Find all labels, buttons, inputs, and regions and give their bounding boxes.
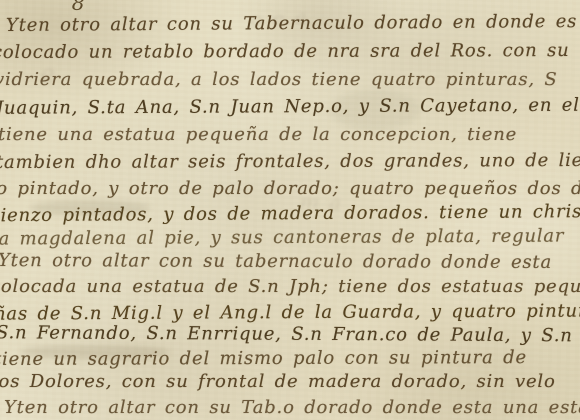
marginal-mark: 8 <box>71 0 85 15</box>
manuscript-line: Juaquin, S.ta Ana, S.n Juan Nep.o, y S.n… <box>0 94 580 119</box>
manuscript-line: tiene una estatua pequeña de la concepci… <box>0 124 517 146</box>
manuscript-line: S.n Fernando, S.n Enrrique, S.n Fran.co … <box>0 322 580 348</box>
manuscript-line: colocado un retablo bordado de nra sra d… <box>0 40 570 64</box>
manuscript-line: Yten otro altar con su Tab.o dorado dond… <box>4 397 580 419</box>
manuscript-line: colocada una estatua de S.n Jph; tiene d… <box>0 276 580 298</box>
manuscript-line: Yten otro altar con su tabernaculo dorad… <box>0 250 552 274</box>
manuscript-line: tiene un sagrario del mismo palo con su … <box>0 347 527 371</box>
manuscript-line: vidriera quebrada, a los lados tiene qua… <box>0 69 558 91</box>
manuscript-page: o e a m a e 8 Yten otro altar con su Tab… <box>0 0 580 420</box>
manuscript-line: zo pintado, y otro de palo dorado; quatr… <box>0 178 580 200</box>
manuscript-line: tambien dho altar seis frontales, dos gr… <box>0 150 580 174</box>
manuscript-line: Yten otro altar con su Tabernaculo dorad… <box>6 11 577 37</box>
manuscript-line: lienzo pintados, y dos de madera dorados… <box>0 201 580 227</box>
manuscript-line: la magdalena al pie, y sus cantoneras de… <box>0 226 564 251</box>
manuscript-line: los Dolores, con su frontal de madera do… <box>0 371 556 393</box>
